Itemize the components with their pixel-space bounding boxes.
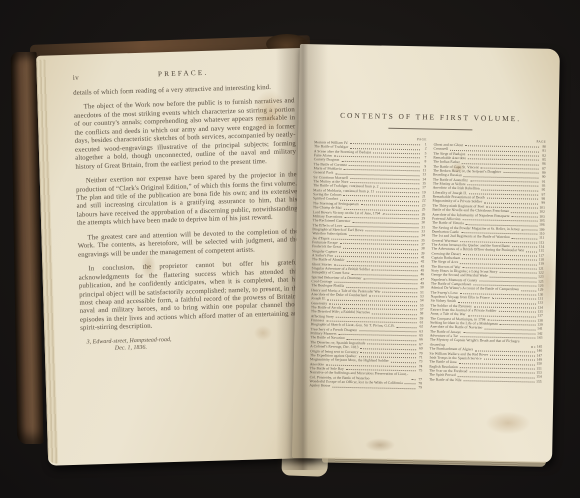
preface-text-block: iv PREFACE. details of which form readin… xyxy=(73,66,305,456)
toc-entry-page: 155 xyxy=(536,379,542,383)
contents-columns: PAGE Memoir of William IV. 1 The Battle … xyxy=(309,135,546,392)
toc-entry-title: The Battle of the Nile xyxy=(429,377,462,382)
preface-heading: PREFACE. xyxy=(73,66,294,81)
dot-leader xyxy=(526,251,537,252)
contents-column-left: PAGE Memoir of William IV. 1 The Battle … xyxy=(309,135,426,390)
contents-heading: CONTENTS OF THE FIRST VOLUME. xyxy=(315,110,547,123)
dot-leader xyxy=(405,383,415,384)
preface-paragraph: In conclusion, the proprietor cannot but… xyxy=(78,259,301,333)
contents-text-block: CONTENTS OF THE FIRST VOLUME. PAGE Memoi… xyxy=(308,110,546,452)
toc-entry-title: Apsley House xyxy=(309,383,330,388)
toc-entry: The Battle of the Nile 155 xyxy=(429,377,542,384)
preface-paragraphs: details of which form reading of a very … xyxy=(73,83,301,333)
preface-paragraph: details of which form reading of a very … xyxy=(73,83,294,98)
right-page-contents: CONTENTS OF THE FIRST VOLUME. PAGE Memoi… xyxy=(292,44,560,463)
preface-paragraph: The object of the Work now before the pu… xyxy=(74,98,297,172)
publisher-imprint: 3, Edward-street, Hampstead-road, Dec. 1… xyxy=(81,333,302,355)
dot-leader xyxy=(463,380,534,382)
dot-leader xyxy=(332,386,415,389)
folio-number: iv xyxy=(73,74,80,82)
toc-entry-page: 75 xyxy=(416,368,422,372)
dot-leader xyxy=(531,347,535,348)
running-head: iv PREFACE. xyxy=(73,66,294,84)
book-photograph: iv PREFACE. details of which form readin… xyxy=(0,0,580,498)
preface-paragraph: The greatest care and attention will be … xyxy=(77,228,299,260)
preface-paragraph: Neither exertion nor expense have been s… xyxy=(76,171,298,228)
dot-leader xyxy=(411,379,415,380)
toc-entry-page: 143 xyxy=(536,336,542,340)
left-page-preface: iv PREFACE. details of which form readin… xyxy=(36,48,314,466)
heading-rule xyxy=(388,128,472,131)
contents-column-right: PAGE Ghost and no Ghost 80 Cromwell 81 xyxy=(429,138,546,393)
toc-entry-page: 79 xyxy=(416,386,422,390)
